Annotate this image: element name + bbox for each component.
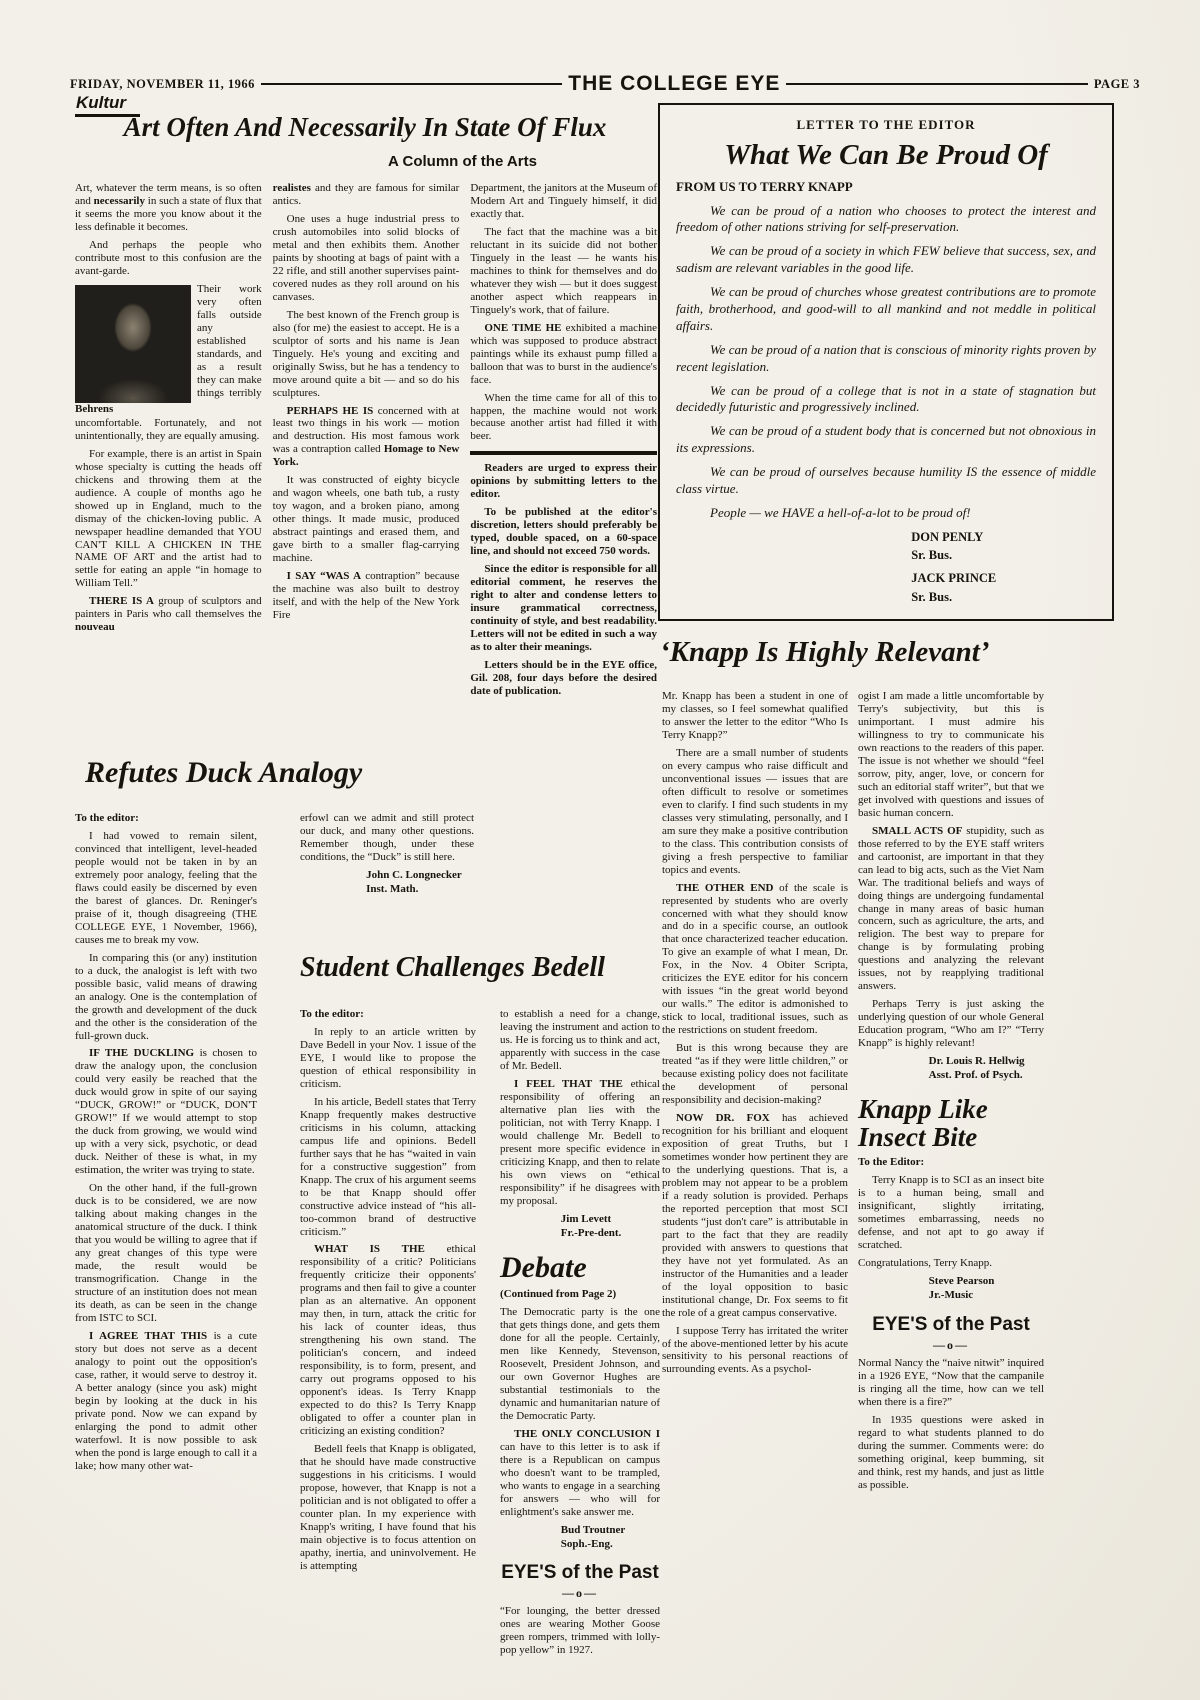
art-col1-photo-wrap: Behrens Their work very often falls outs… (75, 283, 262, 443)
knapp-relevant-headline: ‘Knapp Is Highly Relevant’ (660, 638, 1080, 668)
art-col3-text: Department, the janitors at the Museum o… (470, 182, 657, 443)
student-challenges-col1: To the editor:In reply to an article wri… (300, 1008, 476, 1578)
insect-bite-article: Knapp Like Insect Bite To the Editor:Ter… (858, 1096, 1044, 1302)
art-column-3: Department, the janitors at the Museum o… (470, 182, 657, 703)
eyes-of-past-middle-body: “For lounging, the better dressed ones a… (500, 1605, 660, 1657)
refutes-duck-col2: erfowl can we admit and still protect ou… (300, 812, 474, 897)
issue-date: FRIDAY, NOVEMBER 11, 1966 (70, 77, 255, 92)
eyes-of-past-middle: EYE'S of the Past —o— “For lounging, the… (500, 1562, 660, 1657)
header-rule-right (786, 83, 1087, 85)
eyes-of-past-right-headline: EYE'S of the Past (858, 1314, 1044, 1336)
behrens-photo: Behrens (75, 285, 191, 415)
letter-headline: What We Can Be Proud Of (676, 141, 1096, 171)
knapp-relevant-col2: ogist I am made a little uncomfortable b… (858, 690, 1044, 1497)
art-column-2: realistes and they are famous for simila… (273, 182, 460, 703)
art-article-headline: Art Often And Necessarily In State Of Fl… (75, 114, 655, 142)
student-challenges-col2: to establish a need for a change, leavin… (500, 1008, 660, 1239)
debate-article: Debate (Continued from Page 2) The Democ… (500, 1253, 660, 1550)
masthead: THE COLLEGE EYE (568, 72, 780, 96)
header-rule-left (261, 83, 562, 85)
letter-body: We can be proud of a nation who chooses … (676, 203, 1096, 605)
insect-bite-body: To the Editor:Terry Knapp is to SCI as a… (858, 1156, 1044, 1302)
eyes-of-past-right-divider: —o— (858, 1338, 1044, 1353)
refutes-duck-headline: Refutes Duck Analogy (85, 758, 362, 789)
letters-policy-note: Readers are urged to express their opini… (470, 451, 657, 697)
eyes-of-past-middle-headline: EYE'S of the Past (500, 1562, 660, 1584)
newspaper-page: FRIDAY, NOVEMBER 11, 1966 THE COLLEGE EY… (0, 0, 1200, 1700)
knapp-relevant-col1: Mr. Knapp has been a student in one of m… (662, 690, 848, 1381)
art-article-body: Art, whatever the term means, is so ofte… (75, 182, 657, 703)
refutes-duck-col1: To the editor:I had vowed to remain sile… (75, 812, 257, 1477)
art-col1-bottom: For example, there is an artist in Spain… (75, 448, 262, 635)
eyes-of-past-middle-divider: —o— (500, 1586, 660, 1601)
page-number: PAGE 3 (1094, 77, 1140, 92)
page-header: FRIDAY, NOVEMBER 11, 1966 THE COLLEGE EY… (70, 72, 1140, 96)
debate-continued-line: (Continued from Page 2) (500, 1288, 660, 1301)
letter-kicker: LETTER TO THE EDITOR (676, 117, 1096, 133)
debate-headline: Debate (500, 1253, 660, 1284)
knapp-relevant-col2-text: ogist I am made a little uncomfortable b… (858, 690, 1044, 1082)
art-column-1: Art, whatever the term means, is so ofte… (75, 182, 262, 703)
eyes-of-past-right-body: Normal Nancy the “naive nitwit” inquired… (858, 1357, 1044, 1492)
art-col2-text: realistes and they are famous for simila… (273, 182, 460, 622)
art-article-subtitle: A Column of the Arts (270, 153, 655, 170)
letter-subhead: FROM US TO TERRY KNAPP (676, 179, 1096, 195)
art-col1-top: Art, whatever the term means, is so ofte… (75, 182, 262, 278)
behrens-photo-caption: Behrens (75, 403, 191, 415)
eyes-of-past-right: EYE'S of the Past —o— Normal Nancy the “… (858, 1314, 1044, 1492)
behrens-photo-image (75, 285, 191, 403)
student-challenges-headline: Student Challenges Bedell (300, 954, 605, 983)
letter-to-editor-box: LETTER TO THE EDITOR What We Can Be Prou… (658, 103, 1114, 621)
insect-bite-headline: Knapp Like Insect Bite (858, 1096, 1044, 1151)
middle-lower-column: to establish a need for a change, leavin… (500, 1008, 660, 1662)
debate-body: The Democratic party is the one that get… (500, 1306, 660, 1550)
